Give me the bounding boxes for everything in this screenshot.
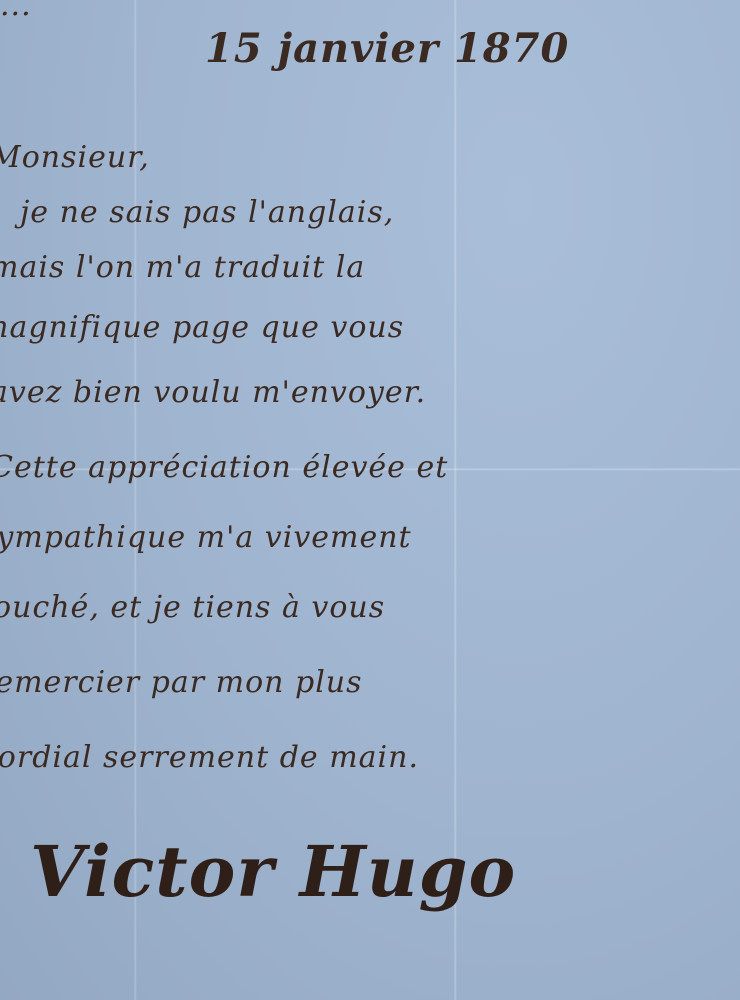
letter-paper: ... 15 janvier 1870 Monsieur, je ne sais…: [0, 0, 740, 1000]
letter-line: je ne sais pas l'anglais,: [20, 195, 394, 230]
letter-line: mais l'on m'a traduit la: [0, 250, 365, 285]
salutation: Monsieur,: [0, 140, 150, 175]
letter-line: magnifique page que vous: [0, 310, 404, 345]
signature: Victor Hugo: [30, 830, 516, 913]
letter-line: touché, et je tiens à vous: [0, 590, 385, 625]
letter-line: avez bien voulu m'envoyer.: [0, 375, 426, 410]
letter-line-top: ...: [0, 0, 32, 23]
letter-line: remercier par mon plus: [0, 665, 363, 700]
letter-line: sympathique m'a vivement: [0, 520, 412, 555]
letter-line: cordial serrement de main.: [0, 740, 419, 775]
letter-line: Cette appréciation élevée et: [0, 450, 448, 485]
letter-date: 15 janvier 1870: [205, 25, 569, 72]
